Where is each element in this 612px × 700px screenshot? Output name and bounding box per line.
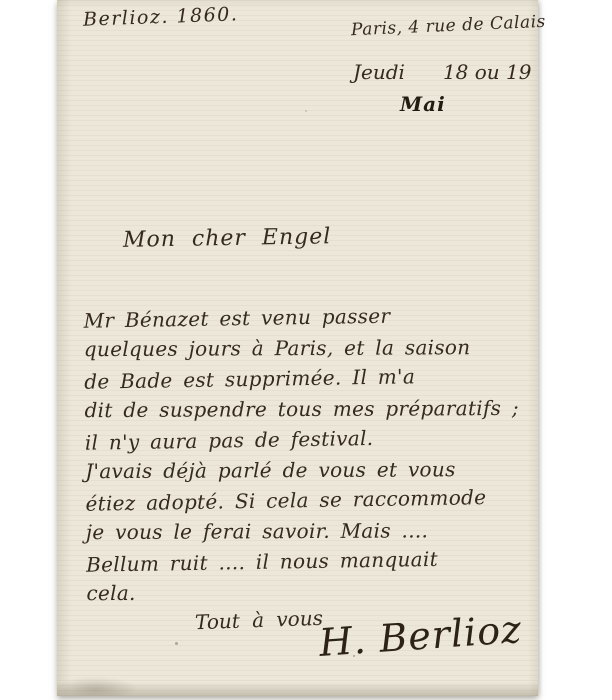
paper-speck [353, 655, 355, 657]
scanned-letter-photo: Berlioz. 1860. Paris, 4 rue de Calais Je… [0, 0, 612, 700]
date-line: Jeudi 18 ou 19 [353, 60, 531, 84]
body-line: il n'y aura pas de festival. [85, 420, 535, 458]
date-month: Mai [400, 92, 446, 116]
body-line: dit de suspendre tous mes préparatifs ; [84, 392, 534, 425]
body-line: je vous le ferai savoir. Mais .... [86, 514, 536, 547]
closing-salutation: Tout à vous [195, 606, 324, 634]
body-line: étiez adopté. Si cela se raccommode [85, 481, 535, 519]
signature: H. Berlioz [318, 607, 524, 665]
body-line: quelques jours à Paris, et la saison [84, 331, 534, 364]
body-line: Bellum ruit .... il nous manquait [86, 542, 536, 580]
body-line: J'avais déjà parlé de vous et vous [85, 453, 535, 486]
salutation: Mon cher Engel [123, 224, 332, 253]
letter-paper: Berlioz. 1860. Paris, 4 rue de Calais Je… [57, 0, 538, 696]
archival-note: Berlioz. 1860. [83, 3, 239, 30]
letter-body: Mr Bénazet est venu passer quelques jour… [83, 300, 536, 610]
address-line: Paris, 4 rue de Calais [351, 12, 547, 40]
paper-speck [175, 642, 178, 645]
body-line: cela. [86, 575, 536, 608]
paper-speck [305, 110, 307, 112]
body-line: de Bade est supprimée. Il m'a [84, 359, 534, 397]
date-numbers: 18 ou 19 [443, 60, 532, 84]
date-day: Jeudi [353, 60, 405, 84]
body-line: Mr Bénazet est venu passer [83, 298, 533, 336]
